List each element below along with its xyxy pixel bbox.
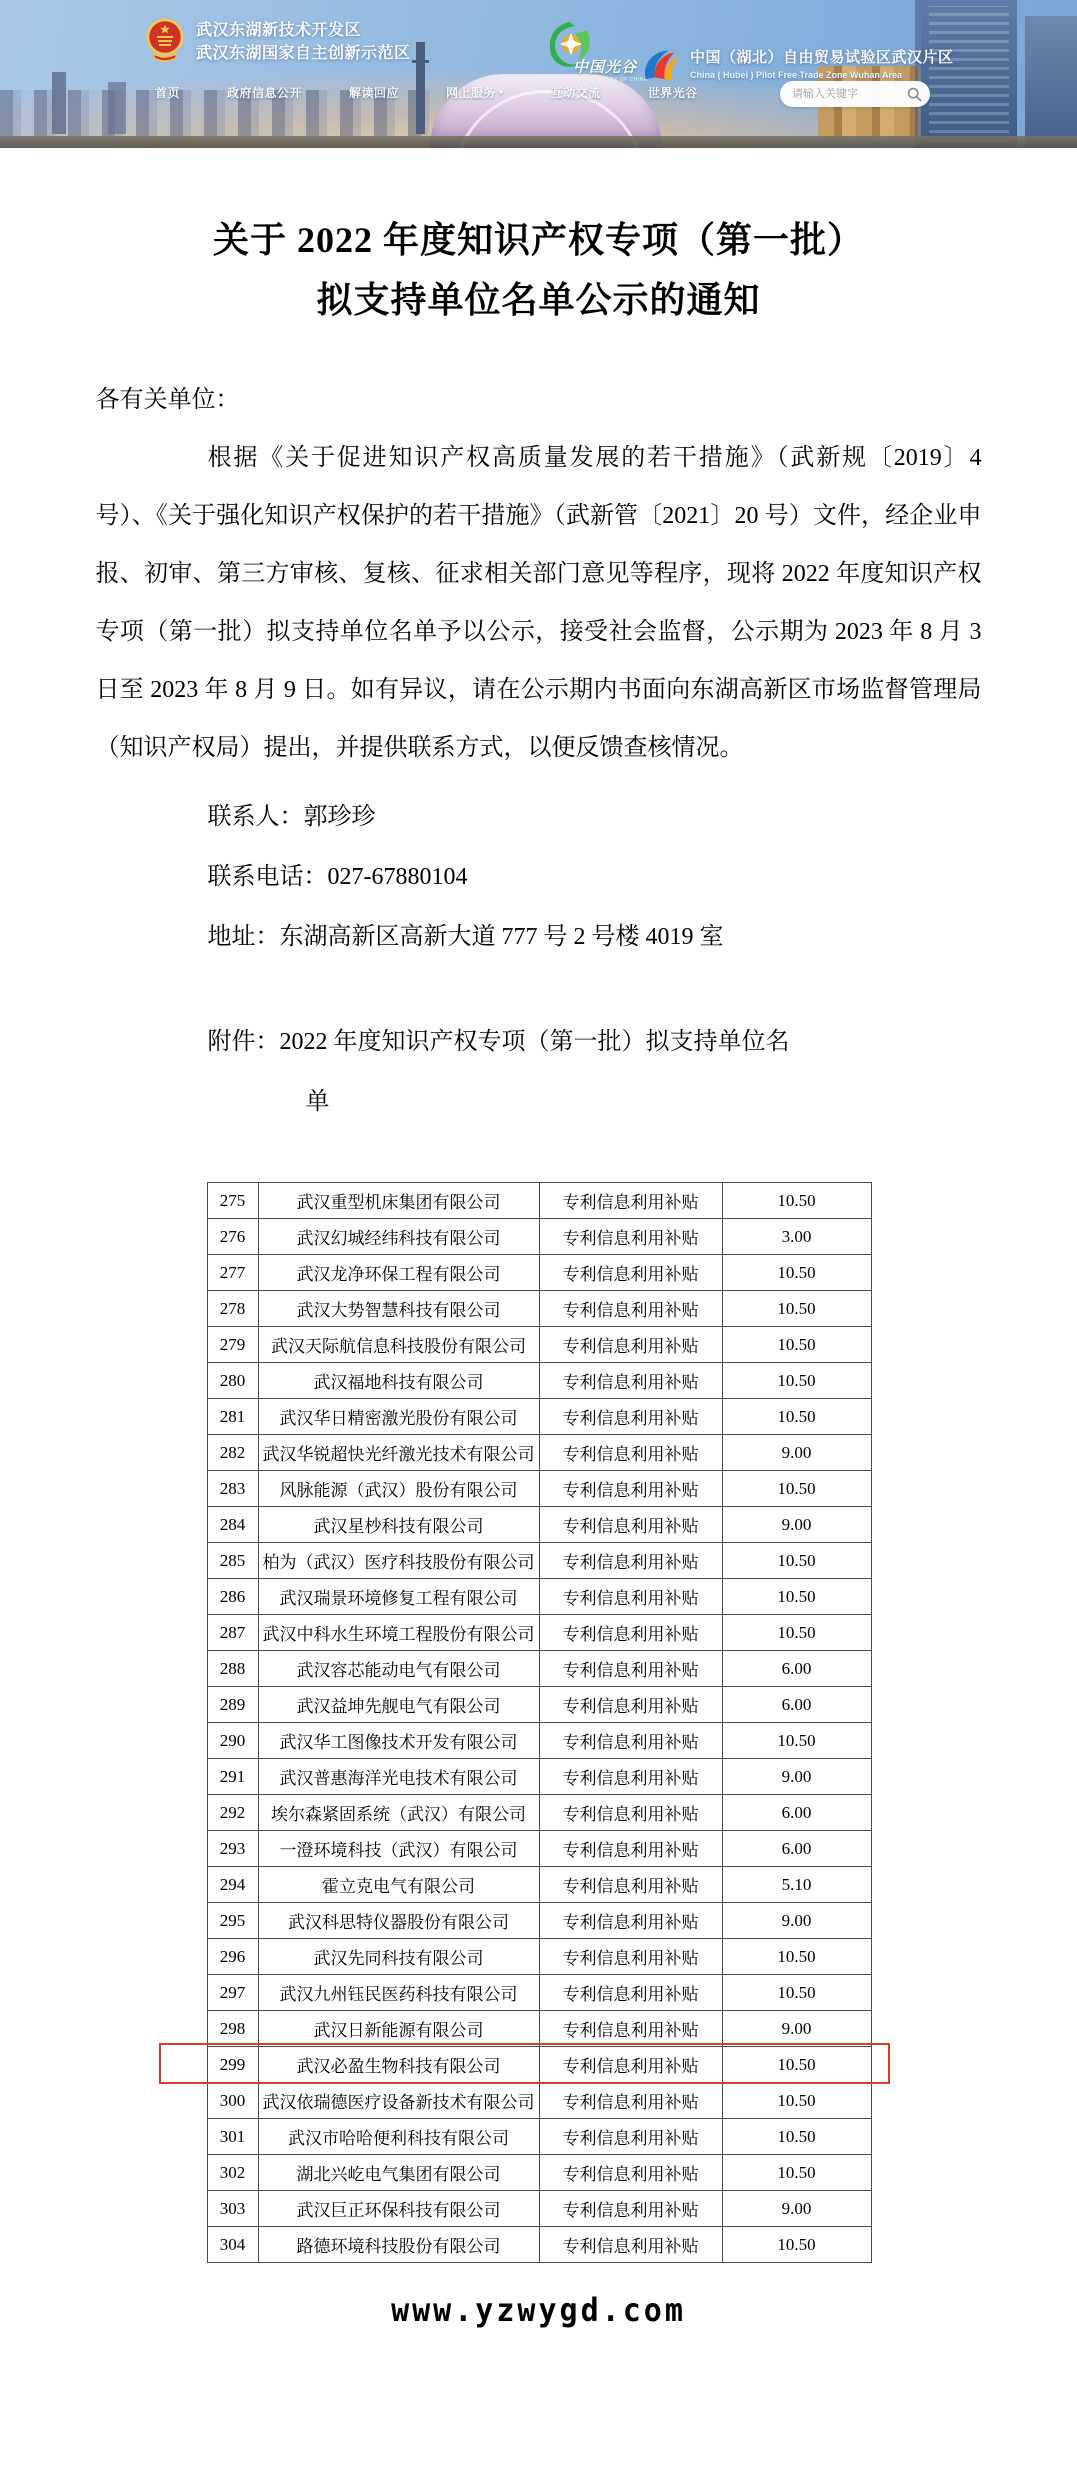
cell-subsidy-type: 专利信息利用补贴 bbox=[539, 2119, 722, 2155]
cell-subsidy-type: 专利信息利用补贴 bbox=[539, 1831, 722, 1867]
cell-subsidy-type: 专利信息利用补贴 bbox=[539, 1939, 722, 1975]
cell-amount: 10.50 bbox=[722, 2155, 871, 2191]
banner-building bbox=[108, 82, 126, 134]
table-row: 300武汉依瑞德医疗设备新技术有限公司专利信息利用补贴10.50 bbox=[207, 2083, 871, 2119]
cell-amount: 9.00 bbox=[722, 2191, 871, 2227]
cell-subsidy-type: 专利信息利用补贴 bbox=[539, 1615, 722, 1651]
cell-subsidy-type: 专利信息利用补贴 bbox=[539, 1183, 722, 1219]
cell-subsidy-type: 专利信息利用补贴 bbox=[539, 2083, 722, 2119]
notice-document: 关于 2022 年度知识产权专项（第一批） 拟支持单位名单公示的通知 各有关单位… bbox=[96, 210, 982, 2328]
cell-amount: 10.50 bbox=[722, 2227, 871, 2263]
table-section: 275武汉重型机床集团有限公司专利信息利用补贴10.50276武汉幻城经纬科技有… bbox=[207, 1182, 871, 2263]
cell-amount: 10.50 bbox=[722, 2047, 871, 2083]
banner-building bbox=[1025, 16, 1077, 148]
cell-amount: 10.50 bbox=[722, 1363, 871, 1399]
table-row: 291武汉普惠海洋光电技术有限公司专利信息利用补贴9.00 bbox=[207, 1759, 871, 1795]
org-name-line1: 武汉东湖新技术开发区 bbox=[196, 21, 411, 41]
table-row: 278武汉大势智慧科技有限公司专利信息利用补贴10.50 bbox=[207, 1291, 871, 1327]
cell-amount: 6.00 bbox=[722, 1795, 871, 1831]
site-logo[interactable]: 武汉东湖新技术开发区 武汉东湖国家自主创新示范区 bbox=[146, 16, 411, 69]
cell-subsidy-type: 专利信息利用补贴 bbox=[539, 1759, 722, 1795]
cell-amount: 10.50 bbox=[722, 2083, 871, 2119]
table-row: 285柏为（武汉）医疗科技股份有限公司专利信息利用补贴10.50 bbox=[207, 1543, 871, 1579]
cell-company: 武汉中科水生环境工程股份有限公司 bbox=[258, 1615, 539, 1651]
cell-subsidy-type: 专利信息利用补贴 bbox=[539, 2227, 722, 2263]
contact-block: 联系人：郭珍珍 联系电话：027-67880104 地址：东湖高新区高新大道 7… bbox=[96, 787, 982, 967]
cell-company: 武汉大势智慧科技有限公司 bbox=[258, 1291, 539, 1327]
table-row: 282武汉华锐超快光纤激光技术有限公司专利信息利用补贴9.00 bbox=[207, 1435, 871, 1471]
cell-no: 285 bbox=[207, 1543, 258, 1579]
nav-item-3[interactable]: 网上服务▾ bbox=[446, 84, 504, 101]
cell-no: 298 bbox=[207, 2011, 258, 2047]
cell-company: 武汉福地科技有限公司 bbox=[258, 1363, 539, 1399]
cell-company: 武汉科思特仪器股份有限公司 bbox=[258, 1903, 539, 1939]
table-row: 294霍立克电气有限公司专利信息利用补贴5.10 bbox=[207, 1867, 871, 1903]
cell-no: 304 bbox=[207, 2227, 258, 2263]
contact-phone: 联系电话：027-67880104 bbox=[208, 847, 982, 907]
cell-company: 武汉重型机床集团有限公司 bbox=[258, 1183, 539, 1219]
cell-company: 武汉幻城经纬科技有限公司 bbox=[258, 1219, 539, 1255]
cell-no: 275 bbox=[207, 1183, 258, 1219]
cell-subsidy-type: 专利信息利用补贴 bbox=[539, 1399, 722, 1435]
cell-no: 289 bbox=[207, 1687, 258, 1723]
cell-subsidy-type: 专利信息利用补贴 bbox=[539, 1687, 722, 1723]
nav-item-4[interactable]: 互动交流 bbox=[551, 84, 601, 101]
table-row: 284武汉星杪科技有限公司专利信息利用补贴9.00 bbox=[207, 1507, 871, 1543]
cell-subsidy-type: 专利信息利用补贴 bbox=[539, 1903, 722, 1939]
nav-item-label: 政府信息公开 bbox=[227, 84, 302, 101]
cell-company: 柏为（武汉）医疗科技股份有限公司 bbox=[258, 1543, 539, 1579]
nav-item-1[interactable]: 政府信息公开 bbox=[227, 84, 302, 101]
table-row: 275武汉重型机床集团有限公司专利信息利用补贴10.50 bbox=[207, 1183, 871, 1219]
cell-subsidy-type: 专利信息利用补贴 bbox=[539, 1291, 722, 1327]
cell-amount: 10.50 bbox=[722, 2119, 871, 2155]
nav-item-label: 互动交流 bbox=[551, 84, 601, 101]
main-nav: 首页政府信息公开解读回应网上服务▾互动交流世界光谷 bbox=[155, 84, 698, 101]
cell-company: 武汉必盈生物科技有限公司 bbox=[258, 2047, 539, 2083]
cell-no: 291 bbox=[207, 1759, 258, 1795]
cell-subsidy-type: 专利信息利用补贴 bbox=[539, 1543, 722, 1579]
cell-company: 武汉九州钰民医药科技有限公司 bbox=[258, 1975, 539, 2011]
cell-no: 279 bbox=[207, 1327, 258, 1363]
attachment-line2: 单 bbox=[306, 1072, 982, 1132]
cell-subsidy-type: 专利信息利用补贴 bbox=[539, 1579, 722, 1615]
subsidy-table: 275武汉重型机床集团有限公司专利信息利用补贴10.50276武汉幻城经纬科技有… bbox=[207, 1182, 872, 2263]
cell-no: 281 bbox=[207, 1399, 258, 1435]
cell-company: 武汉华日精密激光股份有限公司 bbox=[258, 1399, 539, 1435]
cell-company: 霍立克电气有限公司 bbox=[258, 1867, 539, 1903]
cell-amount: 6.00 bbox=[722, 1831, 871, 1867]
cell-amount: 10.50 bbox=[722, 1291, 871, 1327]
table-row: 280武汉福地科技有限公司专利信息利用补贴10.50 bbox=[207, 1363, 871, 1399]
nav-item-2[interactable]: 解读回应 bbox=[349, 84, 399, 101]
cell-amount: 10.50 bbox=[722, 1327, 871, 1363]
cell-subsidy-type: 专利信息利用补贴 bbox=[539, 1219, 722, 1255]
cell-company: 武汉龙净环保工程有限公司 bbox=[258, 1255, 539, 1291]
cell-no: 284 bbox=[207, 1507, 258, 1543]
table-row: 297武汉九州钰民医药科技有限公司专利信息利用补贴10.50 bbox=[207, 1975, 871, 2011]
cell-company: 武汉容芯能动电气有限公司 bbox=[258, 1651, 539, 1687]
national-emblem-icon bbox=[146, 16, 184, 69]
table-row: 303武汉巨正环保科技有限公司专利信息利用补贴9.00 bbox=[207, 2191, 871, 2227]
table-row: 286武汉瑞景环境修复工程有限公司专利信息利用补贴10.50 bbox=[207, 1579, 871, 1615]
cell-no: 288 bbox=[207, 1651, 258, 1687]
cell-no: 276 bbox=[207, 1219, 258, 1255]
table-row: 288武汉容芯能动电气有限公司专利信息利用补贴6.00 bbox=[207, 1651, 871, 1687]
cell-no: 297 bbox=[207, 1975, 258, 2011]
table-row: 289武汉益坤先舰电气有限公司专利信息利用补贴6.00 bbox=[207, 1687, 871, 1723]
notice-body: 根据《关于促进知识产权高质量发展的若干措施》（武新规〔2019〕4 号）、《关于… bbox=[96, 429, 982, 777]
cell-company: 湖北兴屹电气集团有限公司 bbox=[258, 2155, 539, 2191]
cell-subsidy-type: 专利信息利用补贴 bbox=[539, 1723, 722, 1759]
cell-company: 武汉依瑞德医疗设备新技术有限公司 bbox=[258, 2083, 539, 2119]
cell-company: 武汉华工图像技术开发有限公司 bbox=[258, 1723, 539, 1759]
cell-company: 武汉瑞景环境修复工程有限公司 bbox=[258, 1579, 539, 1615]
search-icon[interactable] bbox=[907, 87, 922, 102]
cell-subsidy-type: 专利信息利用补贴 bbox=[539, 1507, 722, 1543]
cell-no: 296 bbox=[207, 1939, 258, 1975]
contact-address: 地址：东湖高新区高新大道 777 号 2 号楼 4019 室 bbox=[208, 907, 982, 967]
table-row: 276武汉幻城经纬科技有限公司专利信息利用补贴3.00 bbox=[207, 1219, 871, 1255]
cell-amount: 9.00 bbox=[722, 2011, 871, 2047]
page: 武汉东湖新技术开发区 武汉东湖国家自主创新示范区 中国光谷 OPTICS VAL… bbox=[0, 0, 1077, 2486]
table-row: 279武汉天际航信息科技股份有限公司专利信息利用补贴10.50 bbox=[207, 1327, 871, 1363]
nav-item-label: 网上服务 bbox=[446, 84, 496, 101]
cell-company: 一澄环境科技（武汉）有限公司 bbox=[258, 1831, 539, 1867]
nav-item-label: 世界光谷 bbox=[648, 84, 698, 101]
cell-amount: 10.50 bbox=[722, 1723, 871, 1759]
cell-amount: 10.50 bbox=[722, 1471, 871, 1507]
cell-no: 286 bbox=[207, 1579, 258, 1615]
cell-amount: 5.10 bbox=[722, 1867, 871, 1903]
cell-company: 路德环境科技股份有限公司 bbox=[258, 2227, 539, 2263]
optics-valley-sub: OPTICS VALLEY OF CHINA bbox=[573, 77, 648, 83]
cell-amount: 10.50 bbox=[722, 1399, 871, 1435]
nav-item-label: 首页 bbox=[155, 84, 180, 101]
banner-ground bbox=[0, 136, 1077, 148]
table-row: 281武汉华日精密激光股份有限公司专利信息利用补贴10.50 bbox=[207, 1399, 871, 1435]
cell-subsidy-type: 专利信息利用补贴 bbox=[539, 1327, 722, 1363]
cell-company: 埃尔森紧固系统（武汉）有限公司 bbox=[258, 1795, 539, 1831]
cell-amount: 10.50 bbox=[722, 1543, 871, 1579]
org-name-line2: 武汉东湖国家自主创新示范区 bbox=[196, 44, 411, 64]
cell-no: 301 bbox=[207, 2119, 258, 2155]
attachment-block: 附件：2022 年度知识产权专项（第一批）拟支持单位名 单 bbox=[96, 1012, 982, 1132]
cell-no: 303 bbox=[207, 2191, 258, 2227]
cell-subsidy-type: 专利信息利用补贴 bbox=[539, 1255, 722, 1291]
optics-valley-logo[interactable]: 中国光谷 OPTICS VALLEY OF CHINA bbox=[543, 18, 653, 84]
cell-company: 武汉星杪科技有限公司 bbox=[258, 1507, 539, 1543]
search-input[interactable] bbox=[792, 88, 907, 100]
cell-company: 武汉市哈哈便利科技有限公司 bbox=[258, 2119, 539, 2155]
cell-no: 292 bbox=[207, 1795, 258, 1831]
cell-amount: 10.50 bbox=[722, 1939, 871, 1975]
cell-no: 278 bbox=[207, 1291, 258, 1327]
cell-no: 293 bbox=[207, 1831, 258, 1867]
watermark: www.yzwygd.com bbox=[96, 2292, 982, 2330]
cell-amount: 10.50 bbox=[722, 1975, 871, 2011]
cell-no: 280 bbox=[207, 1363, 258, 1399]
table-row: 301武汉市哈哈便利科技有限公司专利信息利用补贴10.50 bbox=[207, 2119, 871, 2155]
table-row: 287武汉中科水生环境工程股份有限公司专利信息利用补贴10.50 bbox=[207, 1615, 871, 1651]
cell-subsidy-type: 专利信息利用补贴 bbox=[539, 1363, 722, 1399]
cell-subsidy-type: 专利信息利用补贴 bbox=[539, 1795, 722, 1831]
table-row: 299武汉必盈生物科技有限公司专利信息利用补贴10.50 bbox=[207, 2047, 871, 2083]
cell-amount: 9.00 bbox=[722, 1435, 871, 1471]
table-row: 298武汉日新能源有限公司专利信息利用补贴9.00 bbox=[207, 2011, 871, 2047]
nav-item-0[interactable]: 首页 bbox=[155, 84, 180, 101]
cell-no: 299 bbox=[207, 2047, 258, 2083]
cell-company: 武汉益坤先舰电气有限公司 bbox=[258, 1687, 539, 1723]
table-row: 283风脉能源（武汉）股份有限公司专利信息利用补贴10.50 bbox=[207, 1471, 871, 1507]
salutation: 各有关单位： bbox=[96, 371, 982, 429]
table-row: 304路德环境科技股份有限公司专利信息利用补贴10.50 bbox=[207, 2227, 871, 2263]
cell-subsidy-type: 专利信息利用补贴 bbox=[539, 2155, 722, 2191]
ftz-sub: China ( Hubei ) Pilot Free Trade Zone Wu… bbox=[690, 70, 954, 80]
table-row: 302湖北兴屹电气集团有限公司专利信息利用补贴10.50 bbox=[207, 2155, 871, 2191]
nav-item-5[interactable]: 世界光谷 bbox=[648, 84, 698, 101]
optics-valley-name: 中国光谷 bbox=[573, 56, 648, 77]
table-row: 292埃尔森紧固系统（武汉）有限公司专利信息利用补贴6.00 bbox=[207, 1795, 871, 1831]
ftz-phoenix-icon bbox=[640, 44, 682, 89]
cell-no: 287 bbox=[207, 1615, 258, 1651]
cell-amount: 9.00 bbox=[722, 1903, 871, 1939]
table-row: 296武汉先同科技有限公司专利信息利用补贴10.50 bbox=[207, 1939, 871, 1975]
cell-amount: 9.00 bbox=[722, 1507, 871, 1543]
header-banner: 武汉东湖新技术开发区 武汉东湖国家自主创新示范区 中国光谷 OPTICS VAL… bbox=[0, 0, 1077, 148]
cell-amount: 10.50 bbox=[722, 1255, 871, 1291]
cell-no: 300 bbox=[207, 2083, 258, 2119]
cell-company: 武汉先同科技有限公司 bbox=[258, 1939, 539, 1975]
cell-no: 283 bbox=[207, 1471, 258, 1507]
cell-subsidy-type: 专利信息利用补贴 bbox=[539, 2011, 722, 2047]
cell-company: 武汉日新能源有限公司 bbox=[258, 2011, 539, 2047]
chevron-down-icon: ▾ bbox=[499, 89, 504, 97]
table-row: 290武汉华工图像技术开发有限公司专利信息利用补贴10.50 bbox=[207, 1723, 871, 1759]
table-row: 277武汉龙净环保工程有限公司专利信息利用补贴10.50 bbox=[207, 1255, 871, 1291]
cell-no: 294 bbox=[207, 1867, 258, 1903]
cell-subsidy-type: 专利信息利用补贴 bbox=[539, 1435, 722, 1471]
cell-subsidy-type: 专利信息利用补贴 bbox=[539, 1867, 722, 1903]
cell-amount: 10.50 bbox=[722, 1183, 871, 1219]
subsidy-table-body: 275武汉重型机床集团有限公司专利信息利用补贴10.50276武汉幻城经纬科技有… bbox=[207, 1183, 871, 2263]
table-row: 295武汉科思特仪器股份有限公司专利信息利用补贴9.00 bbox=[207, 1903, 871, 1939]
cell-amount: 3.00 bbox=[722, 1219, 871, 1255]
cell-amount: 9.00 bbox=[722, 1759, 871, 1795]
attachment-line1: 附件：2022 年度知识产权专项（第一批）拟支持单位名 bbox=[208, 1012, 982, 1072]
cell-company: 武汉天际航信息科技股份有限公司 bbox=[258, 1327, 539, 1363]
ftz-name: 中国（湖北）自由贸易试验区武汉片区 bbox=[690, 46, 954, 67]
cell-amount: 6.00 bbox=[722, 1687, 871, 1723]
cell-no: 277 bbox=[207, 1255, 258, 1291]
banner-building bbox=[52, 72, 66, 134]
search-box bbox=[780, 81, 930, 107]
cell-no: 290 bbox=[207, 1723, 258, 1759]
cell-amount: 6.00 bbox=[722, 1651, 871, 1687]
cell-company: 武汉华锐超快光纤激光技术有限公司 bbox=[258, 1435, 539, 1471]
cell-amount: 10.50 bbox=[722, 1579, 871, 1615]
cell-subsidy-type: 专利信息利用补贴 bbox=[539, 1975, 722, 2011]
cell-subsidy-type: 专利信息利用补贴 bbox=[539, 2047, 722, 2083]
contact-person: 联系人：郭珍珍 bbox=[208, 787, 982, 847]
table-row: 293一澄环境科技（武汉）有限公司专利信息利用补贴6.00 bbox=[207, 1831, 871, 1867]
page-title-line1: 关于 2022 年度知识产权专项（第一批） bbox=[96, 210, 982, 270]
page-title: 关于 2022 年度知识产权专项（第一批） 拟支持单位名单公示的通知 bbox=[96, 210, 982, 330]
cell-company: 武汉巨正环保科技有限公司 bbox=[258, 2191, 539, 2227]
cell-subsidy-type: 专利信息利用补贴 bbox=[539, 1651, 722, 1687]
cell-amount: 10.50 bbox=[722, 1615, 871, 1651]
cell-subsidy-type: 专利信息利用补贴 bbox=[539, 1471, 722, 1507]
cell-subsidy-type: 专利信息利用补贴 bbox=[539, 2191, 722, 2227]
cell-no: 302 bbox=[207, 2155, 258, 2191]
cell-company: 武汉普惠海洋光电技术有限公司 bbox=[258, 1759, 539, 1795]
page-title-line2: 拟支持单位名单公示的通知 bbox=[96, 270, 982, 330]
nav-item-label: 解读回应 bbox=[349, 84, 399, 101]
cell-company: 风脉能源（武汉）股份有限公司 bbox=[258, 1471, 539, 1507]
cell-no: 282 bbox=[207, 1435, 258, 1471]
cell-no: 295 bbox=[207, 1903, 258, 1939]
